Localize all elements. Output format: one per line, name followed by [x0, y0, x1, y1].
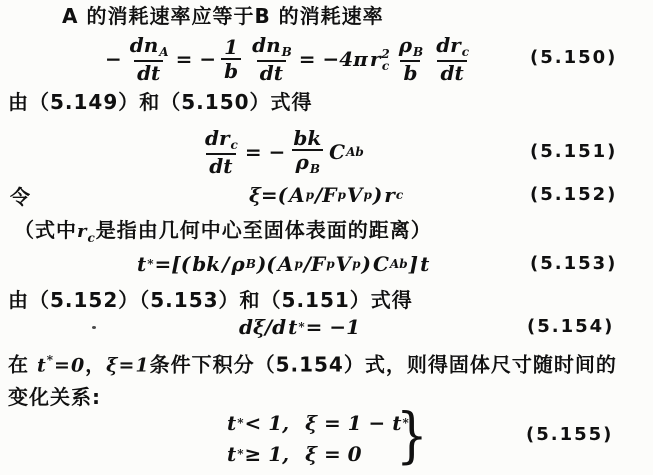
derivation-text-149-150: 由（5.149）和（5.150）式得 [8, 89, 313, 115]
note-rest: 是指由几何中心至固体表面的距离） [96, 218, 432, 242]
math-token: t [227, 442, 236, 466]
scanned-textbook-page: A 的消耗速率应等于B 的消耗速率 − dnA dt = − 1 b dnB d… [0, 0, 653, 475]
equation-5-152-body: ξ=(Ap/FpVp)rc [248, 183, 403, 207]
equation-5-154-body: dξ/dt*= −1 [238, 315, 361, 339]
math-subscript: c [382, 60, 389, 72]
equation-number-5-155: (5.155) [526, 424, 613, 445]
cond-prefix: 在 [8, 353, 29, 377]
math-subscript: c [396, 188, 403, 202]
math-token: C [329, 140, 345, 164]
math-token: t [137, 252, 146, 276]
equation-5-150-body: − dnA dt = − 1 b dnB dt = −4π r 2 c ρB b… [104, 34, 475, 84]
math-token: dr [205, 126, 230, 150]
math-subscript: p [294, 257, 302, 271]
math-subscript: p [352, 257, 360, 271]
math-token: C [373, 252, 389, 276]
fraction-denominator: dt [437, 60, 466, 84]
equation-number-5-153: (5.153) [530, 253, 617, 274]
math-subscript: B [310, 163, 320, 177]
equation-number-5-154: (5.154) [527, 316, 614, 337]
math-subscript: p [338, 188, 346, 202]
relation-text: 变化关系: [8, 384, 101, 410]
math-token: ξ [106, 355, 118, 377]
math-token: ] [409, 252, 418, 276]
math-token: − [105, 47, 122, 71]
cond-comma: ， [85, 353, 106, 377]
fraction-numerator: bk [290, 127, 324, 149]
math-token: =[( [155, 252, 191, 276]
math-subscript: A [159, 45, 168, 59]
math-token: ) [373, 183, 382, 207]
note-text: （式中rc是指由几何中心至固体表面的距离） [14, 217, 432, 251]
fraction-denominator: dt [257, 60, 286, 84]
cond-suffix: 条件下积分（5.154）式，则得固体尺寸随时间的 [150, 353, 617, 377]
fraction-denominator: b [400, 60, 420, 84]
equation-number-5-152: (5.152) [530, 184, 617, 205]
math-token: t [37, 355, 47, 377]
math-token: V [347, 183, 363, 207]
math-subscript: c [462, 45, 469, 59]
math-superscript: * [147, 257, 153, 271]
math-subscript: Ab [346, 145, 364, 159]
math-token: ρ [231, 252, 244, 276]
equation-number-5-150: (5.150) [530, 47, 617, 68]
math-token: /F [315, 183, 337, 207]
math-token: ξ = 1 − t [305, 411, 401, 435]
math-token: t [420, 252, 429, 276]
math-token: / [222, 252, 229, 276]
fraction-denominator: dt [206, 153, 235, 177]
fraction-denominator: b [221, 58, 241, 82]
math-subscript: B [413, 45, 423, 59]
integration-condition-text: 在 t*=0，ξ=1条件下积分（5.154）式，则得固体尺寸随时间的 [8, 347, 617, 379]
intro-text: A 的消耗速率应等于B 的消耗速率 [62, 3, 384, 29]
math-token: A [289, 183, 305, 207]
math-token: dn [252, 33, 281, 57]
math-superscript: * [237, 416, 243, 430]
math-token: ≥ 1, [245, 442, 290, 466]
equation-5-155-body: t*< 1,ξ = 1 − t* t*≥ 1,ξ = 0 [226, 407, 409, 469]
math-token: = − [176, 47, 216, 71]
math-superscript: * [298, 320, 304, 334]
math-token: dn [130, 33, 159, 57]
math-token: r [370, 47, 381, 71]
equation-5-153-body: t*=[(bk/ρB)(Ap/FpVp)CAb]t [136, 252, 430, 276]
fraction-drc-dt: drc dt [201, 127, 241, 177]
math-subscript: c [87, 231, 95, 245]
fraction-denominator: dt [134, 60, 163, 84]
math-subscript: p [363, 188, 371, 202]
math-token: ξ = 0 [305, 442, 361, 466]
scan-artifact-dot [92, 326, 96, 329]
math-token: dξ/d [239, 315, 286, 339]
equation-5-151-body: drc dt = − bk ρB CAb [198, 127, 364, 177]
math-token: = −1 [306, 315, 360, 339]
math-subscript: B [246, 257, 256, 271]
math-superscript: * [47, 353, 54, 367]
math-token: =0 [54, 355, 85, 377]
right-curly-brace: } [396, 405, 428, 465]
let-label: 令 [10, 184, 31, 210]
math-token: )( [257, 252, 276, 276]
fraction-drc-dt: drc dt [432, 34, 472, 84]
math-token: t [288, 315, 297, 339]
math-token: = − [245, 140, 285, 164]
math-token: bk [192, 252, 220, 276]
fraction-rhoB-b: ρB b [395, 34, 426, 84]
math-token: ) [362, 252, 371, 276]
derivation-text-152-153-151: 由（5.152）（5.153）和（5.151）式得 [8, 287, 413, 313]
math-subscript: Ab [390, 257, 408, 271]
math-token: dr [436, 33, 461, 57]
math-token: r [384, 183, 395, 207]
fraction-numerator: 1 [221, 36, 241, 58]
math-superscript: * [237, 447, 243, 461]
math-token: A [278, 252, 294, 276]
fraction-bk-rhoB: bk ρB [289, 127, 325, 177]
math-token: ξ=( [249, 183, 287, 207]
math-subscript: B [282, 45, 292, 59]
fraction-dnA-dt: dnA dt [126, 34, 172, 84]
math-token: = −4π [299, 47, 368, 71]
note-open: （式中 [14, 218, 77, 242]
math-token: =1 [118, 355, 149, 377]
eq155-case-2: t*≥ 1,ξ = 0 [226, 438, 409, 469]
math-token: /F [304, 252, 326, 276]
math-subscript: p [326, 257, 334, 271]
math-subscript: p [306, 188, 314, 202]
math-token: ρ [296, 150, 309, 174]
math-token: V [336, 252, 352, 276]
math-token: < 1, [245, 411, 290, 435]
math-token: ρ [399, 33, 412, 57]
equation-number-5-151: (5.151) [530, 141, 617, 162]
math-subscript: c [231, 138, 238, 152]
fraction-1-b: 1 b [220, 36, 242, 83]
math-token: r [77, 221, 87, 242]
math-token: t [227, 411, 236, 435]
fraction-dnB-dt: dnB dt [248, 34, 295, 84]
r-squared-c-supsub: 2 c [381, 48, 389, 72]
eq155-case-1: t*< 1,ξ = 1 − t* [226, 407, 409, 438]
